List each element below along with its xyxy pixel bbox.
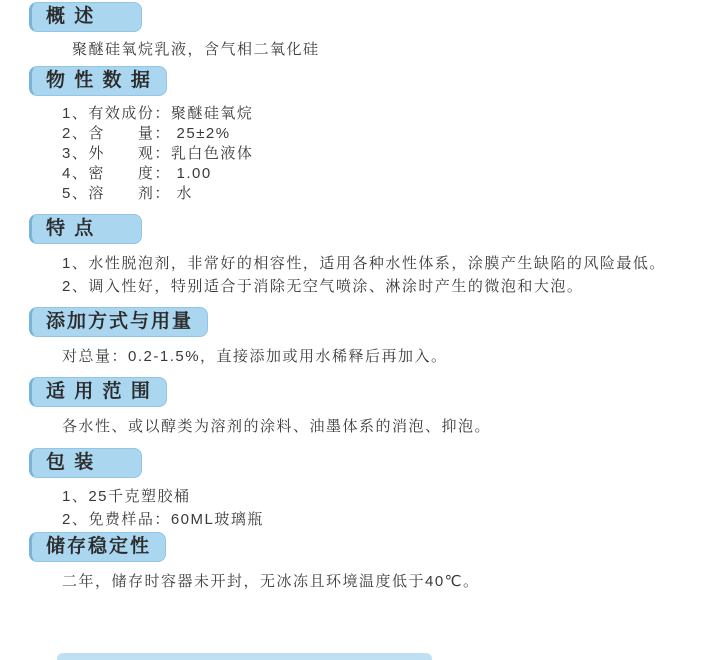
section-body-dosage: 对总量：0.2-1.5%，直接添加或用水稀释后再加入。 bbox=[0, 345, 703, 368]
section-body-overview: 聚醚硅氧烷乳液，含气相二氧化硅 bbox=[0, 40, 703, 60]
section-header-storage: 储存稳定性 bbox=[29, 532, 166, 562]
dosage-text: 对总量：0.2-1.5%，直接添加或用水稀释后再加入。 bbox=[0, 345, 703, 368]
section-scope: 适 用 范 围 各水性、或以醇类为溶剂的涂料、油墨体系的消泡、抑泡。 bbox=[0, 368, 703, 438]
storage-text: 二年，储存时容器未开封，无冰冻且环境温度低于40℃。 bbox=[0, 570, 703, 593]
physical-data-item: 2、含 量： 25±2% bbox=[0, 124, 703, 144]
feature-item: 1、水性脱泡剂，非常好的相容性，适用各种水性体系，涂膜产生缺陷的风险最低。 bbox=[0, 252, 703, 275]
scope-text: 各水性、或以醇类为溶剂的涂料、油墨体系的消泡、抑泡。 bbox=[0, 415, 703, 438]
packaging-item: 1、25千克塑胶桶 bbox=[0, 485, 703, 508]
section-dosage: 添加方式与用量 对总量：0.2-1.5%，直接添加或用水稀释后再加入。 bbox=[0, 298, 703, 368]
physical-data-item: 4、密 度： 1.00 bbox=[0, 164, 703, 184]
section-body-physical-data: 1、有效成份：聚醚硅氧烷 2、含 量： 25±2% 3、外 观：乳白色液体 4、… bbox=[0, 104, 703, 204]
overview-text: 聚醚硅氧烷乳液，含气相二氧化硅 bbox=[0, 40, 703, 60]
section-header-overview: 概 述 bbox=[29, 2, 142, 32]
section-body-storage: 二年，储存时容器未开封，无冰冻且环境温度低于40℃。 bbox=[0, 570, 703, 593]
next-section-header-partial bbox=[57, 653, 432, 660]
section-physical-data: 物 性 数 据 1、有效成份：聚醚硅氧烷 2、含 量： 25±2% 3、外 观：… bbox=[0, 60, 703, 204]
section-header-features: 特 点 bbox=[29, 214, 142, 244]
physical-data-item: 5、溶 剂： 水 bbox=[0, 184, 703, 204]
section-header-packaging: 包 装 bbox=[29, 448, 142, 478]
section-features: 特 点 1、水性脱泡剂，非常好的相容性，适用各种水性体系，涂膜产生缺陷的风险最低… bbox=[0, 204, 703, 298]
section-header-physical-data: 物 性 数 据 bbox=[29, 66, 167, 96]
feature-item: 2、调入性好，特别适合于消除无空气喷涂、淋涂时产生的微泡和大泡。 bbox=[0, 275, 703, 298]
section-body-packaging: 1、25千克塑胶桶 2、免费样品：60ML玻璃瓶 bbox=[0, 485, 703, 531]
section-header-dosage: 添加方式与用量 bbox=[29, 307, 208, 337]
section-body-features: 1、水性脱泡剂，非常好的相容性，适用各种水性体系，涂膜产生缺陷的风险最低。 2、… bbox=[0, 252, 703, 298]
section-body-scope: 各水性、或以醇类为溶剂的涂料、油墨体系的消泡、抑泡。 bbox=[0, 415, 703, 438]
physical-data-item: 3、外 观：乳白色液体 bbox=[0, 144, 703, 164]
section-packaging: 包 装 1、25千克塑胶桶 2、免费样品：60ML玻璃瓶 bbox=[0, 438, 703, 531]
section-header-scope: 适 用 范 围 bbox=[29, 377, 167, 407]
physical-data-item: 1、有效成份：聚醚硅氧烷 bbox=[0, 104, 703, 124]
packaging-item: 2、免费样品：60ML玻璃瓶 bbox=[0, 508, 703, 531]
section-storage: 储存稳定性 二年，储存时容器未开封，无冰冻且环境温度低于40℃。 bbox=[0, 531, 703, 593]
section-overview: 概 述 聚醚硅氧烷乳液，含气相二氧化硅 bbox=[0, 0, 703, 60]
